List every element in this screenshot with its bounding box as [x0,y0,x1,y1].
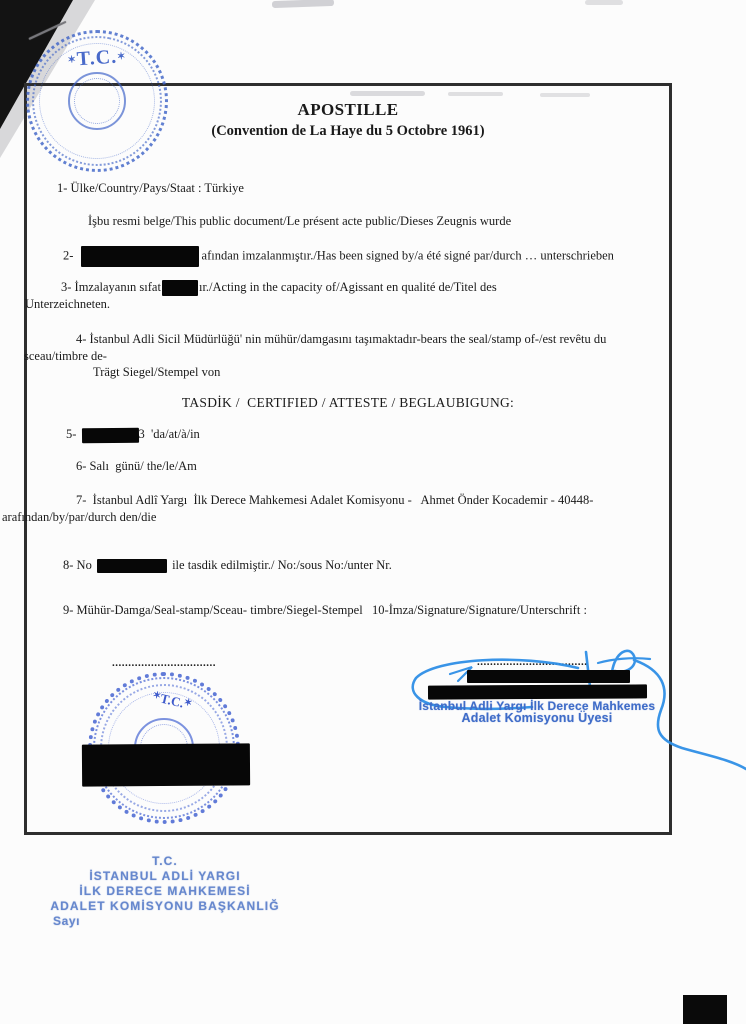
signer-role-title: Adalet Komisyonu Üyesi [417,711,657,725]
scan-smudge [585,0,623,5]
footer-stamp-line2: İSTANBUL ADLİ YARGI [40,869,290,883]
footer-stamp-line4: ADALET KOMİSYONU BAŞKANLIĞ [28,899,302,913]
redaction-number [97,559,167,573]
left-dotted-line: ................................. [112,657,216,669]
field3-prefix: 3- İmzalayanın sıfat [61,280,161,294]
field-day: 6- Salı günü/ the/le/Am [76,458,197,475]
apostille-subtitle: (Convention de La Haye du 5 Octobre 1961… [24,123,672,140]
redaction-signer-name [81,246,199,267]
footer-stamp-line3: İLK DERECE MAHKEMESİ [40,884,290,898]
field-signed-by: 2- afından imzalanmıştır./Has been signe… [63,246,614,267]
redaction-signature-name-2 [428,684,647,699]
field-authority-line2: arafından/by/par/durch den/die [2,509,156,526]
field-country: 1- Ülke/Country/Pays/Staat : Türkiye [57,180,244,197]
field-seal-of-line2: sceau/timbre de- [24,348,107,365]
seal-star-icon: ✶ [117,51,127,63]
field-seal-signature-labels: 9- Mühür-Damga/Seal-stamp/Sceau- timbre/… [63,602,587,619]
field2-suffix: afından imzalanmıştır./Has been signed b… [202,248,614,262]
apostille-scan-page: ✶T.C.✶ APOSTILLE (Convention de La Haye … [0,0,746,1024]
field3-suffix: ır./Acting in the capacity of/Agissant e… [199,280,497,294]
field8-suffix: ile tasdik edilmiştir./ No:/sous No:/unt… [169,558,392,572]
footer-stamp-sayi: Sayı [53,914,80,928]
seal-star-icon: ✶ [183,697,194,710]
seal-tc-label: T.C. [76,46,118,71]
field-number: 8- No ile tasdik edilmiştir./ No:/sous N… [63,557,392,574]
right-dotted-line: .................................. [477,656,601,668]
field-authority-line1: 7- İstanbul Adlî Yargı İlk Derece Mahkem… [76,492,593,509]
redaction-signature-name-1 [467,670,630,683]
apostille-title: APOSTILLE [24,101,672,118]
field-date: 5- 3 'da/at/à/in [66,426,200,443]
field5-prefix: 5- [66,427,80,441]
redaction-left-seal [82,743,250,786]
scan-smudge [272,0,334,8]
bottom-right-redaction [683,995,727,1024]
redaction-capacity [162,280,198,296]
field5-suffix: 3 'da/at/à/in [139,427,200,441]
field8-prefix: 8- No [63,558,95,572]
certified-heading: TASDİK / CERTIFIED / ATTESTE / BEGLAUBIG… [24,394,672,411]
field2-prefix: 2- [63,248,77,262]
footer-stamp-tc: T.C. [40,854,290,868]
redaction-date [81,427,138,443]
field-capacity-cont: Unterzeichneten. [25,296,110,313]
field-capacity: 3- İmzalayanın sıfatır./Acting in the ca… [61,279,497,296]
field-seal-of-line1: 4- İstanbul Adli Sicil Müdürlüğü' nin mü… [76,331,606,348]
field-seal-of-line3: Trägt Siegel/Stempel von [93,364,220,381]
field-intro: İşbu resmi belge/This public document/Le… [88,213,511,230]
